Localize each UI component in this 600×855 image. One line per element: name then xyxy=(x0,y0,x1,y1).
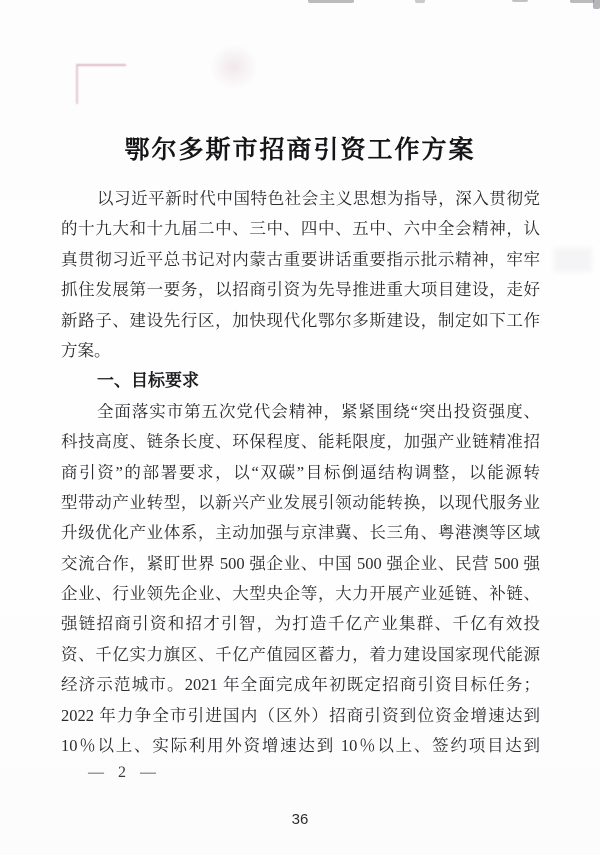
paragraph-line: 交流合作，紧盯世界 500 强企业、中国 500 强企业、民营 500 强 xyxy=(61,549,540,579)
paragraph-line: 抓住发展第一要务，以招商引资为先导推进重大项目建设，走好 xyxy=(61,275,540,305)
section-heading: 一、目标要求 xyxy=(61,366,540,396)
scan-edge-smudge xyxy=(415,0,425,3)
paragraph-line: 以习近平新时代中国特色社会主义思想为指导，深入贯彻党 xyxy=(61,184,540,214)
paragraph-line: 升级优化产业体系，主动加强与京津冀、长三角、粤港澳等区域 xyxy=(61,518,540,548)
scan-edge-smudge xyxy=(593,0,600,9)
paragraph-line: 型带动产业转型，以新兴产业发展引领动能转换，以现代服务业 xyxy=(61,488,540,518)
scanned-document-page: 鄂尔多斯市招商引资工作方案 以习近平新时代中国特色社会主义思想为指导，深入贯彻党… xyxy=(0,0,600,855)
paragraph-line: 强链招商引资和招才引智，为打造千亿产业集群、千亿有效投 xyxy=(61,609,540,639)
scan-edge-smudge xyxy=(308,0,354,3)
paragraph-line: 企业、行业领先企业、大型央企等，大力开展产业延链、补链、 xyxy=(61,579,540,609)
paragraph-line: 真贯彻习近平总书记对内蒙古重要讲话重要指示批示精神，牢牢 xyxy=(61,245,540,275)
stamp-smudge-mark xyxy=(210,44,258,90)
paragraph-line: 经济示范城市。2021 年全面完成年初既定招商引资目标任务； xyxy=(61,670,540,700)
stamp-corner-mark xyxy=(76,64,126,104)
scan-edge-smudge xyxy=(570,0,594,3)
paragraph-line: 10％以上、实际利用外资增速达到 10％以上、签约项目达到 xyxy=(61,731,540,761)
scan-smudge xyxy=(554,248,592,272)
paragraph-line: 新路子、建设先行区，加快现代化鄂尔多斯建设，制定如下工作 xyxy=(61,306,540,336)
document-title: 鄂尔多斯市招商引资工作方案 xyxy=(0,130,600,166)
document-page-number: 36 xyxy=(0,811,600,828)
document-body: 以习近平新时代中国特色社会主义思想为指导，深入贯彻党 的十九大和十九届二中、三中… xyxy=(61,184,540,761)
paragraph-line: 资、千亿实力旗区、千亿产值园区蓄力，着力建设国家现代能源 xyxy=(61,640,540,670)
paragraph-line: 商引资”的部署要求，以“双碳”目标倒逼结构调整，以能源转 xyxy=(61,458,540,488)
paragraph-line: 2022 年力争全市引进国内（区外）招商引资到位资金增速达到 xyxy=(61,701,540,731)
paragraph-line: 的十九大和十九届二中、三中、四中、五中、六中全会精神，认 xyxy=(61,214,540,244)
paragraph-line: 科技高度、链条长度、环保程度、能耗限度，加强产业链精准招 xyxy=(61,427,540,457)
page-number-footer: — 2 — xyxy=(88,764,161,782)
paragraph-line: 全面落实市第五次党代会精神，紧紧围绕“突出投资强度、 xyxy=(61,397,540,427)
scan-edge-smudge xyxy=(512,0,528,2)
paragraph-line: 方案。 xyxy=(61,336,540,366)
